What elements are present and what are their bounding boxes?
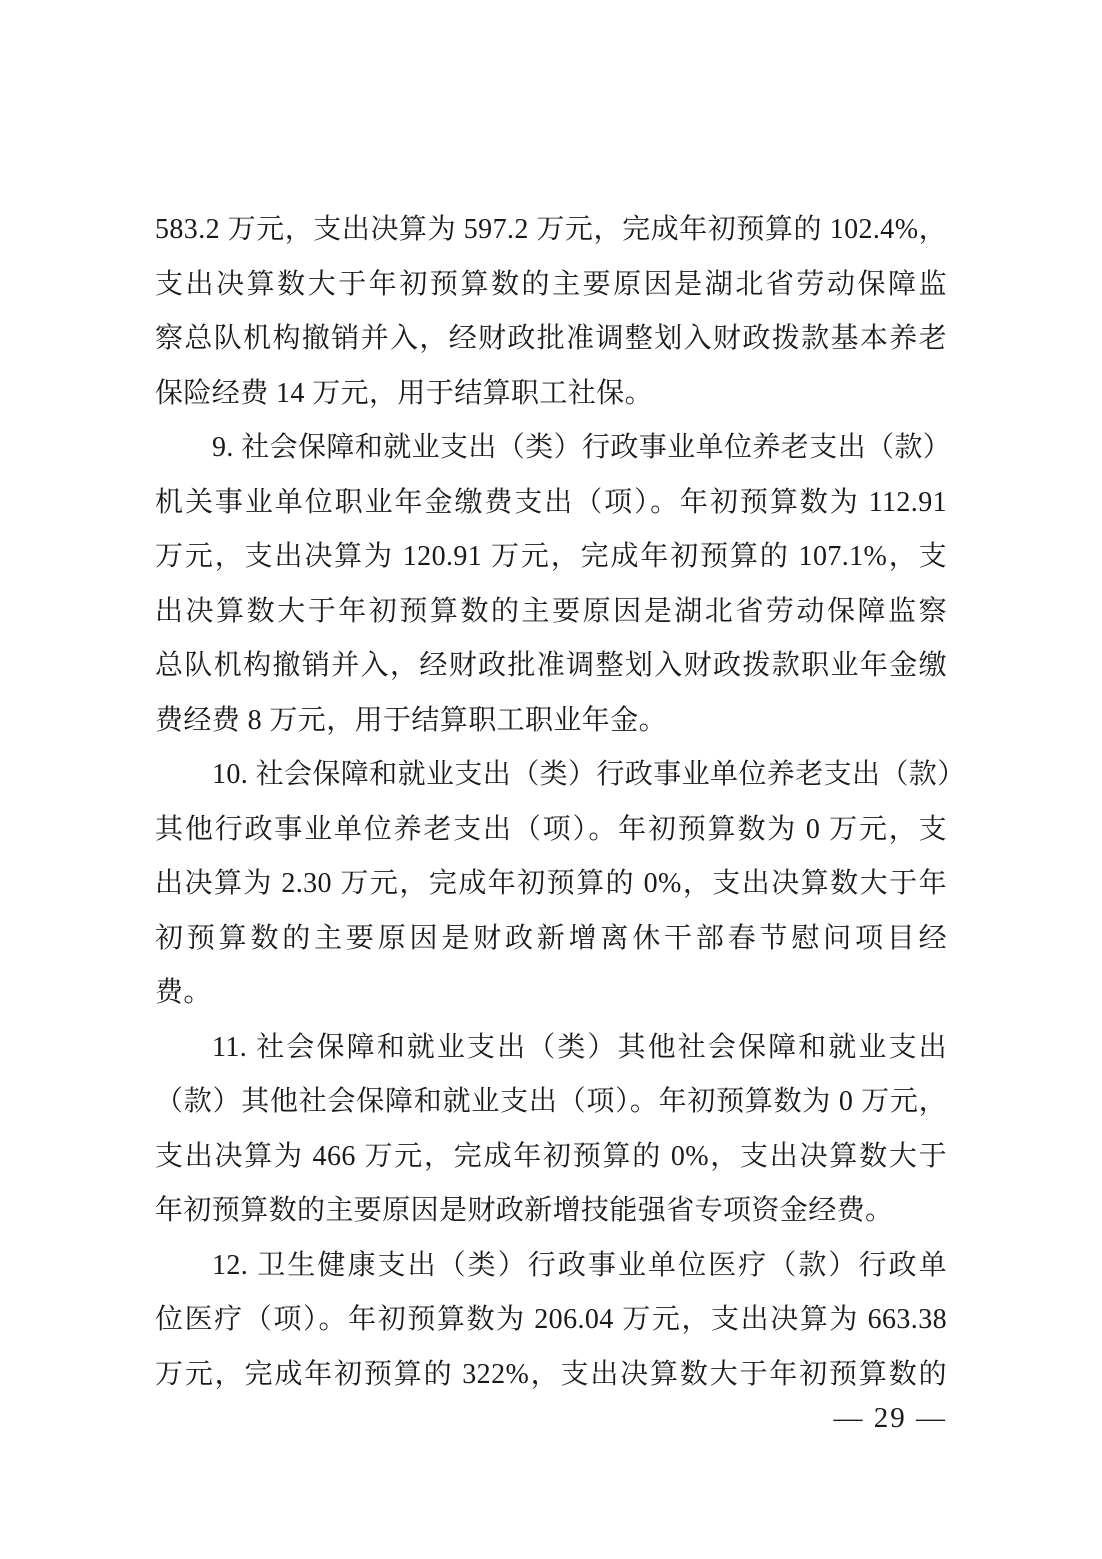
text-line: 出决算为 2.30 万元，完成年初预算的 0%，支出决算数大于年 xyxy=(155,857,947,912)
text-line: （款）其他社会保障和就业支出（项）。年初预算数为 0 万元， xyxy=(155,1075,947,1130)
text-line: 9. 社会保障和就业支出（类）行政事业单位养老支出（款） xyxy=(155,421,947,476)
paragraph-item-11: 11. 社会保障和就业支出（类）其他社会保障和就业支出 （款）其他社会保障和就业… xyxy=(155,1021,947,1239)
text-line: 初预算数的主要原因是财政新增离休干部春节慰问项目经 xyxy=(155,912,947,967)
text-line: 位医疗（项）。年初预算数为 206.04 万元，支出决算为 663.38 xyxy=(155,1293,947,1348)
paragraph-item-10: 10. 社会保障和就业支出（类）行政事业单位养老支出（款） 其他行政事业单位养老… xyxy=(155,748,947,1021)
text-line: 保险经费 14 万元，用于结算职工社保。 xyxy=(155,367,947,422)
text-line: 万元，支出决算为 120.91 万元，完成年初预算的 107.1%，支 xyxy=(155,530,947,585)
text-line: 12. 卫生健康支出（类）行政事业单位医疗（款）行政单 xyxy=(155,1239,947,1294)
text-line: 583.2 万元，支出决算为 597.2 万元，完成年初预算的 102.4%， xyxy=(155,203,947,258)
text-line: 费。 xyxy=(155,966,947,1021)
text-line: 费经费 8 万元，用于结算职工职业年金。 xyxy=(155,694,947,749)
text-line: 年初预算数的主要原因是财政新增技能强省专项资金经费。 xyxy=(155,1184,947,1239)
text-line: 万元，完成年初预算的 322%，支出决算数大于年初预算数的 xyxy=(155,1348,947,1403)
paragraph-item-9: 9. 社会保障和就业支出（类）行政事业单位养老支出（款） 机关事业单位职业年金缴… xyxy=(155,421,947,748)
text-line: 11. 社会保障和就业支出（类）其他社会保障和就业支出 xyxy=(155,1021,947,1076)
page-number: — 29 — xyxy=(834,1401,948,1435)
text-block: 583.2 万元，支出决算为 597.2 万元，完成年初预算的 102.4%， … xyxy=(155,203,947,1402)
text-line: 机关事业单位职业年金缴费支出（项）。年初预算数为 112.91 xyxy=(155,476,947,531)
text-line: 察总队机构撤销并入，经财政批准调整划入财政拨款基本养老 xyxy=(155,312,947,367)
text-line: 10. 社会保障和就业支出（类）行政事业单位养老支出（款） xyxy=(155,748,947,803)
text-line: 支出决算数大于年初预算数的主要原因是湖北省劳动保障监 xyxy=(155,258,947,313)
paragraph-item-12: 12. 卫生健康支出（类）行政事业单位医疗（款）行政单 位医疗（项）。年初预算数… xyxy=(155,1239,947,1403)
document-page: 583.2 万元，支出决算为 597.2 万元，完成年初预算的 102.4%， … xyxy=(0,0,1102,1559)
text-line: 支出决算为 466 万元，完成年初预算的 0%，支出决算数大于 xyxy=(155,1130,947,1185)
text-line: 出决算数大于年初预算数的主要原因是湖北省劳动保障监察 xyxy=(155,585,947,640)
text-line: 其他行政事业单位养老支出（项）。年初预算数为 0 万元，支 xyxy=(155,803,947,858)
text-line: 总队机构撤销并入，经财政批准调整划入财政拨款职业年金缴 xyxy=(155,639,947,694)
paragraph-8-continuation: 583.2 万元，支出决算为 597.2 万元，完成年初预算的 102.4%， … xyxy=(155,203,947,421)
